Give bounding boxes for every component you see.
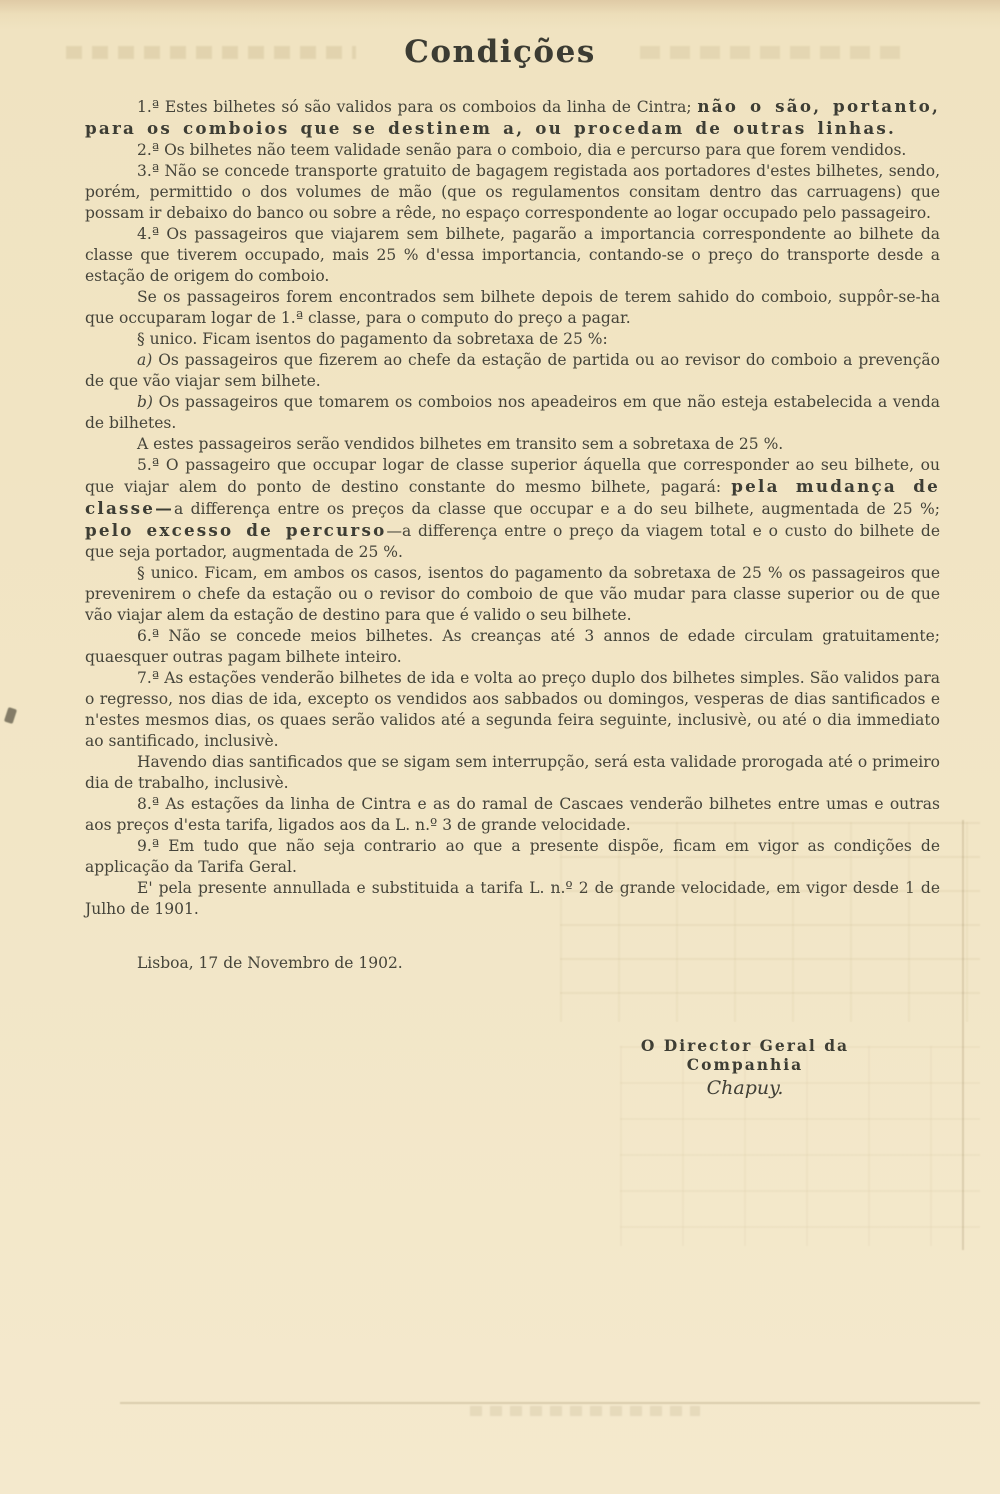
paragraph: 2.ª Os bilhetes não teem validade senão … <box>85 140 940 161</box>
date-line: Lisboa, 17 de Novembro de 1902. <box>137 954 1000 972</box>
signature-block: O Director Geral da Companhia Chapuy. <box>595 1036 895 1099</box>
paragraph: E' pela presente annullada e substituida… <box>85 878 940 920</box>
show-through-artifact <box>962 820 964 1250</box>
paragraph: 9.ª Em tudo que não seja contrario ao qu… <box>85 836 940 878</box>
paragraph: 1.ª Estes bilhetes só são validos para o… <box>85 96 940 140</box>
paragraph: a) Os passageiros que fizerem ao chefe d… <box>85 350 940 392</box>
body-text: 1.ª Estes bilhetes só são validos para o… <box>85 96 940 920</box>
text-segment: § unico. Ficam isentos do pagamento da s… <box>137 330 608 348</box>
paragraph: § unico. Ficam isentos do pagamento da s… <box>85 329 940 350</box>
text-segment: b) <box>137 393 153 411</box>
paragraph: 8.ª As estações da linha de Cintra e as … <box>85 794 940 836</box>
paragraph: 3.ª Não se concede transporte gratuito d… <box>85 161 940 224</box>
signature-name: Chapuy. <box>595 1077 895 1099</box>
paragraph: Se os passageiros forem encontrados sem … <box>85 287 940 329</box>
text-segment: Os passageiros que fizerem ao chefe da e… <box>85 351 940 390</box>
paragraph: Havendo dias santificados que se sigam s… <box>85 752 940 794</box>
ink-speck <box>4 707 17 724</box>
emphasis-text: pelo excesso de percurso <box>85 520 386 540</box>
paragraph: 7.ª As estações venderão bilhetes de ida… <box>85 668 940 752</box>
show-through-artifact <box>120 1402 980 1404</box>
text-segment: a) <box>137 351 152 369</box>
paper-edge-shading <box>0 0 1000 14</box>
text-segment: E' pela presente annullada e substituida… <box>85 879 940 918</box>
paragraph: 5.ª O passageiro que occupar logar de cl… <box>85 455 940 563</box>
text-segment: § unico. Ficam, em ambos os casos, isent… <box>85 564 940 624</box>
paragraph: b) Os passageiros que tomarem os comboio… <box>85 392 940 434</box>
document-page: Condições 1.ª Estes bilhetes só são vali… <box>0 0 1000 1494</box>
text-segment: a differença entre os preços da classe q… <box>174 500 940 518</box>
paragraph: 6.ª Não se concede meios bilhetes. As cr… <box>85 626 940 668</box>
text-segment: A estes passageiros serão vendidos bilhe… <box>137 435 783 453</box>
show-through-artifact <box>470 1406 700 1416</box>
text-segment: 9.ª Em tudo que não seja contrario ao qu… <box>85 837 940 876</box>
text-segment: Os passageiros que tomarem os comboios n… <box>85 393 940 432</box>
text-segment: 4.ª Os passageiros que viajarem sem bilh… <box>85 225 940 285</box>
paragraph: § unico. Ficam, em ambos os casos, isent… <box>85 563 940 626</box>
text-segment: 8.ª As estações da linha de Cintra e as … <box>85 795 940 834</box>
paragraph: 4.ª Os passageiros que viajarem sem bilh… <box>85 224 940 287</box>
text-segment: 7.ª As estações venderão bilhetes de ida… <box>85 669 940 750</box>
text-segment: 2.ª Os bilhetes não teem validade senão … <box>137 141 906 159</box>
text-segment: 6.ª Não se concede meios bilhetes. As cr… <box>85 627 940 666</box>
signature-role: O Director Geral da Companhia <box>595 1036 895 1074</box>
text-segment: 3.ª Não se concede transporte gratuito d… <box>85 162 940 222</box>
text-segment: Se os passageiros forem encontrados sem … <box>85 288 940 327</box>
paragraph: A estes passageiros serão vendidos bilhe… <box>85 434 940 455</box>
text-segment: Havendo dias santificados que se sigam s… <box>85 753 940 792</box>
text-segment: 1.ª Estes bilhetes só são validos para o… <box>137 98 697 116</box>
